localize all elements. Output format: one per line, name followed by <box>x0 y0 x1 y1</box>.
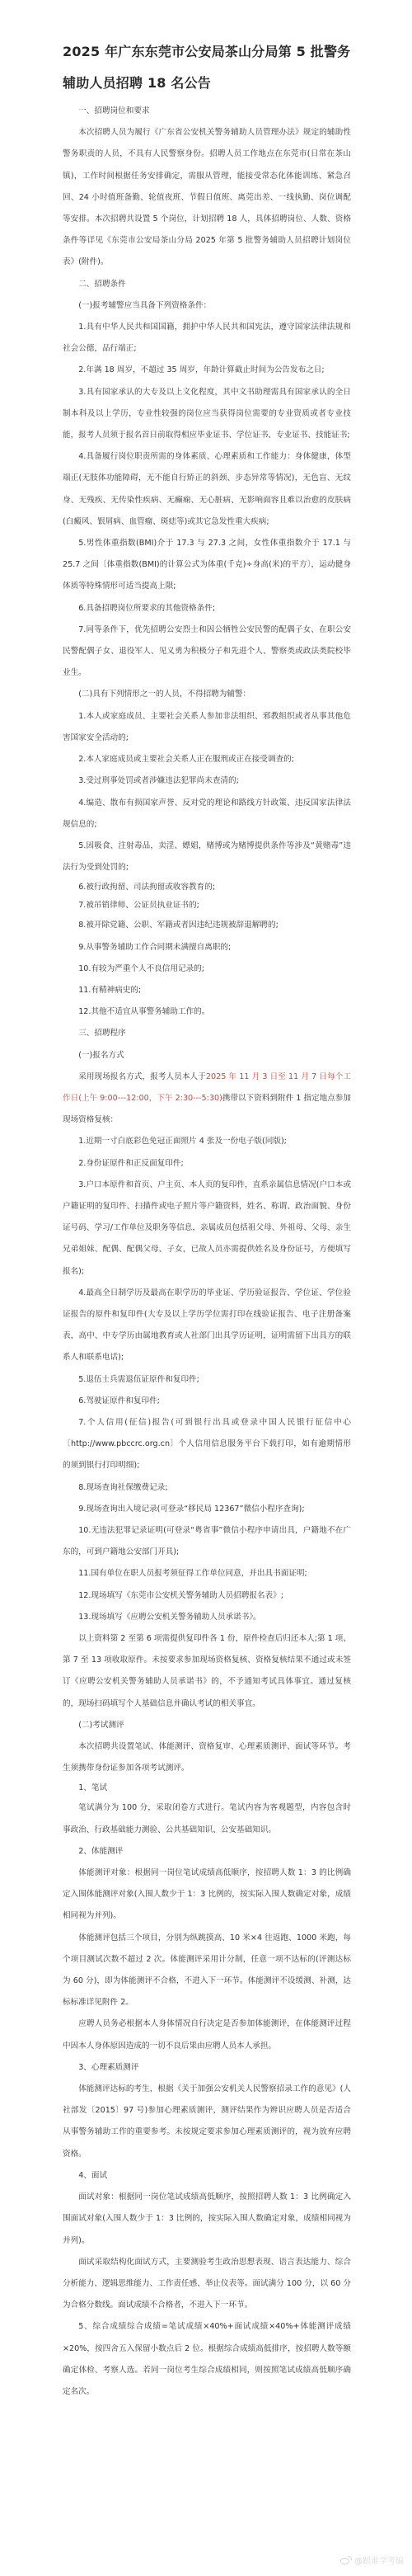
list-item: 6.具备招聘岗位所要求的其他资格条件; <box>63 598 351 619</box>
list-item: 7.个人信用(征信)报告(可到银行出具或登录中国人民银行征信中心〔http://… <box>63 1412 351 1477</box>
list-item: 5.退伍士兵需退伍证原件和复印件; <box>63 1369 351 1391</box>
list-item: 8.被开除党籍、公职、军籍或者因违纪违规被辞退解聘的; <box>63 915 351 936</box>
heading-written-exam: 1、笔试 <box>63 1779 351 1797</box>
heading-psych-test: 3、心理素质测评 <box>63 2057 351 2079</box>
list-item: 3.户口本原件和首页、户主页、本人页的复印件，直系亲属信息情况(户口本或户籍证明… <box>63 1175 351 1283</box>
list-item: 1.近期一寸白底彩色免冠正面照片 4 张及一份电子版(同版); <box>63 1131 351 1152</box>
list-item: 11.有精神病史的; <box>63 980 351 1001</box>
paragraph: 面试对象：根据同一岗位笔试成绩高低顺序，按照招聘人数 1：3 比例确定入围面试对… <box>63 2187 351 2252</box>
paragraph: 本次招聘共设置笔试、体能测评、资格复审、心理素质测评、面试等环节。考生须携带身份… <box>63 1736 351 1779</box>
list-item: 8.现场查询社保缴费记录; <box>63 1477 351 1499</box>
page-title: 2025 年广东东莞市公安局茶山分局第 5 批警务辅助人员招聘 18 名公告 <box>63 36 351 99</box>
paragraph: 应聘人员务必根据本人身体情况自行决定是否参加体能测评，在体能测评过程中因本人身体… <box>63 2013 351 2056</box>
list-item: 12.现场填写《东莞市公安机关警务辅助人员招聘报名表》; <box>63 1585 351 1607</box>
section-body-2: 1.近期一寸白底彩色免冠正面照片 4 张及一份电子版(同版); 2.身份证原件和… <box>63 1131 351 2403</box>
registration-paragraph: 采用现场报名方式，报考人员本人于2025 年 11 月 3 日至 11 月 7 … <box>63 1067 351 1132</box>
list-item: 9.现场查询出入境记录(可登录“移民局 12367”微信小程序查询); <box>63 1499 351 1520</box>
list-item: 2.年满 18 周岁，不超过 35 周岁，年龄计算截止时间为公告发布之日; <box>63 360 351 381</box>
registration-prefix: 采用现场报名方式，报考人员本人于 <box>78 1072 206 1081</box>
heading-fitness-test: 2、体能测评 <box>63 1841 351 1863</box>
list-item: 1.具有中华人民共和国国籍，拥护中华人民共和国宪法，遵守国家法律法规和社会公德，… <box>63 317 351 360</box>
watermark: @跟谁学考编 <box>340 2554 404 2566</box>
list-item: 10.有较为严重个人不良信用记录的; <box>63 958 351 980</box>
list-item: 5.因吸食、注射毒品，卖淫、嫖娼，赌博或为赌博提供条件等涉及“黄赌毒”违法行为受… <box>63 836 351 878</box>
announcement-document: 2025 年广东东莞市公安局茶山分局第 5 批警务辅助人员招聘 18 名公告 一… <box>63 36 351 2403</box>
paragraph: 体能测评包括三个项目，分别为纵跳摸高、10 米×4 往返跑、1000 米跑，每个… <box>63 1928 351 2014</box>
watermark-text: @跟谁学考编 <box>354 2554 404 2566</box>
list-item: 4.最高全日制学历及最高在职学历的毕业证、学历验证报告、学位证、学位验证报告的原… <box>63 1283 351 1369</box>
heading-positions: 一、招聘岗位和要求 <box>63 101 351 122</box>
list-item: 2.身份证原件和正反面复印件; <box>63 1153 351 1175</box>
subheading-registration: (一)报名方式 <box>63 1045 351 1067</box>
list-item: 4.具备履行岗位职责所需的身体素质、心理素质和工作能力：身体健康，体型端正(无肢… <box>63 446 351 533</box>
list-item: 2.本人家庭成员或主要社会关系人正在服刑或正在接受调查的; <box>63 749 351 770</box>
list-item: 3.具有国家承认的大专及以上文化程度，其中文书助理需具有国家承认的全日制本科及以… <box>63 382 351 447</box>
list-item: 13.现场填写《应聘公安机关警务辅助人员承诺书》。 <box>63 1607 351 1628</box>
list-item: 3.受过刑事处罚或者涉嫌违法犯罪尚未查清的; <box>63 770 351 792</box>
subheading-exams: (二)考试测评 <box>63 1715 351 1736</box>
list-item: 4.编造、散布有损国家声誉、反对党的理论和路线方针政策、违反国家法律法规信息的; <box>63 793 351 836</box>
paragraph: 以上资料第 2 至第 6 项需提供复印件各 1 份，原件检查后归还本人;第 1 … <box>63 1628 351 1715</box>
section-body-1: 一、招聘岗位和要求 本次招聘人员为履行《广东省公安机关警务辅助人员管理办法》规定… <box>63 101 351 1067</box>
list-item: 7.被吊销律师、公证员执业证书的; <box>63 897 351 915</box>
list-item: 5.男性体重指数(BMI)介于 17.3 与 27.3 之间，女性体重指数介于 … <box>63 533 351 598</box>
list-item: 1.本人或家庭成员、主要社会关系人参加非法组织、邪教组织或者从事其他危害国家安全… <box>63 706 351 749</box>
paragraph: 体能测评对象：根据同一岗位笔试成绩高低顺序，按招聘人数 1：3 的比例确定入围体… <box>63 1863 351 1928</box>
list-item: 6.被行政拘留、司法拘留或收容教育的; <box>63 878 351 897</box>
paragraph: 面试采取结构化面试方式，主要测验考生政治思想表现、语言表达能力、综合分析能力、逻… <box>63 2252 351 2317</box>
paragraph: 体能测评达标的考生，根据《关于加强公安机关人民警察招录工作的意见》(人社部发〔2… <box>63 2079 351 2165</box>
list-item: 9.从事警务辅助工作合同期未满擅自离职的; <box>63 937 351 958</box>
weibo-icon <box>340 2556 352 2564</box>
subheading-disqualifications: (二)具有下列情形之一的人员，不得招聘为辅警： <box>63 684 351 705</box>
heading-procedure: 三、招聘程序 <box>63 1023 351 1044</box>
subheading-requirements: (一)报考辅警应当具备下列资格条件： <box>63 295 351 317</box>
list-item: 7.同等条件下，优先招聘公安烈士和因公牺牲公安民警的配偶子女、在职公安民警配偶子… <box>63 619 351 685</box>
heading-conditions: 二、招聘条件 <box>63 274 351 295</box>
list-item: 6.驾驶证原件和复印件; <box>63 1391 351 1412</box>
paragraph: 笔试满分为 100 分，采取闭卷方式进行。笔试内容为客观题型，内容包含时事政治、… <box>63 1797 351 1840</box>
paragraph: 5、综合成绩综合成绩=笔试成绩×40%+面试成绩×40%+体能测评成绩×20%，… <box>63 2316 351 2403</box>
list-item: 12.其他不适宜从事警务辅助工作的。 <box>63 1001 351 1023</box>
list-item: 11.国有单位在职人员报考须征得工作单位同意，并出具书面证明; <box>63 1563 351 1585</box>
list-item: 10.无违法犯罪记录证明(可登录“粤省事”微信小程序申请出具，户籍地不在广东的，… <box>63 1520 351 1563</box>
heading-interview: 4、面试 <box>63 2165 351 2187</box>
paragraph: 本次招聘人员为履行《广东省公安机关警务辅助人员管理办法》规定的辅助性警务职责的人… <box>63 122 351 273</box>
